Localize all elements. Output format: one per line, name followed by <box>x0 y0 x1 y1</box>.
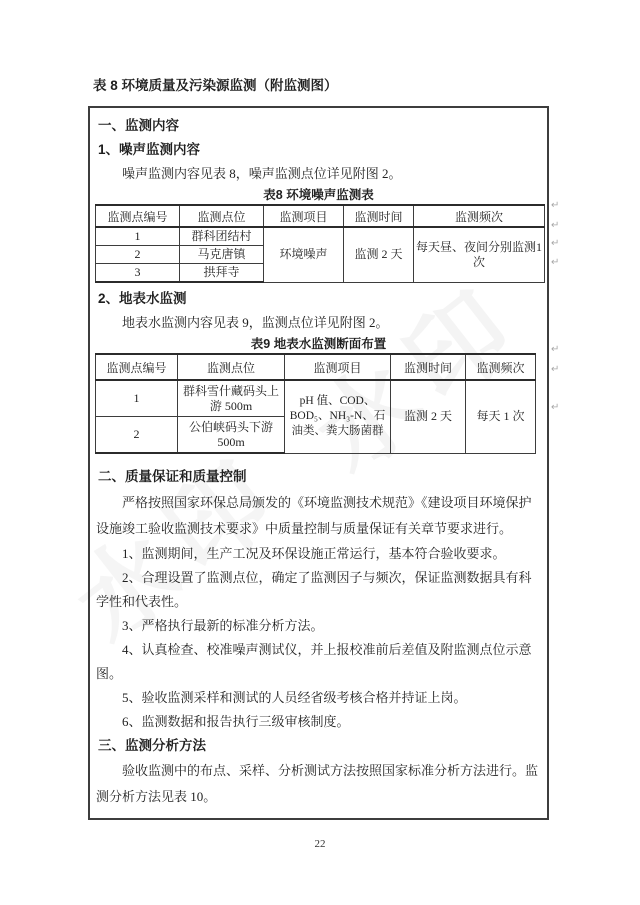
paragraph-mark-icon: ↵ <box>551 238 559 249</box>
noise-section-heading: 1、噪声监测内容 <box>94 138 543 162</box>
table-header-cell: 监测点位 <box>178 354 285 380</box>
water-table-caption: 表9 地表水监测断面布置 <box>94 335 543 353</box>
section2-item: 4、认真检查、校准噪声测试仪，并上报校准前后差值及附监测点位示意图。 <box>94 638 543 686</box>
table-header-row: 监测点编号 监测点位 监测项目 监测时间 监测频次 <box>96 354 536 380</box>
table-header-cell: 监测点编号 <box>96 354 178 380</box>
table-cell: 拱拜寺 <box>180 264 264 283</box>
section2-item: 2、合理设置了监测点位，确定了监测因子与频次，保证监测数据具有科学性和代表性。 <box>94 566 543 614</box>
paragraph-mark-icon: ↵ <box>551 344 559 355</box>
table-header-cell: 监测项目 <box>264 205 344 227</box>
table-cell: 公伯峡码头下游500m <box>178 417 285 454</box>
noise-intro-paragraph: 噪声监测内容见表 8，噪声监测点位详见附图 2。 <box>94 162 543 186</box>
table-cell-merged: 每天昼、夜间分别监测1次 <box>414 227 545 282</box>
section2-item: 3、严格执行最新的标准分析方法。 <box>94 614 543 638</box>
section2-item: 1、监测期间，生产工况及环保设施正常运行，基本符合验收要求。 <box>94 542 543 566</box>
table-cell: 1 <box>96 227 180 246</box>
table-row: 1 群科雪什藏码头上游 500m pH 值、COD、BOD₅、NH₃-N、石油类… <box>96 380 536 417</box>
noise-table-caption: 表8 环境噪声监测表 <box>94 186 543 204</box>
page-title: 表 8 环境质量及污染源监测（附监测图） <box>93 74 338 94</box>
section2-intro-paragraph: 严格按照国家环保总局颁发的《环境监测技术规范》《建设项目环境保护设施竣工验收监测… <box>94 490 543 542</box>
table-cell: 马克唐镇 <box>180 246 264 264</box>
table-cell-merged: 监测 2 天 <box>344 227 414 282</box>
section3-heading: 三、监测分析方法 <box>94 734 543 758</box>
section2-item: 6、监测数据和报告执行三级审核制度。 <box>94 710 543 734</box>
section2-item: 5、验收监测采样和测试的人员经省级考核合格并持证上岗。 <box>94 686 543 710</box>
paragraph-mark-icon: ↵ <box>551 200 559 211</box>
section2-heading: 二、质量保证和质量控制 <box>94 464 543 490</box>
table-header-cell: 监测时间 <box>344 205 414 227</box>
table-cell: 3 <box>96 264 180 283</box>
table-header-cell: 监测频次 <box>466 354 536 380</box>
table-cell: 2 <box>96 246 180 264</box>
table-header-cell: 监测时间 <box>391 354 466 380</box>
table-header-cell: 监测点编号 <box>96 205 180 227</box>
table-cell: 群科雪什藏码头上游 500m <box>178 380 285 417</box>
noise-table: 监测点编号 监测点位 监测项目 监测时间 监测频次 1 群科团结村 环境噪声 监… <box>95 204 545 283</box>
paragraph-mark-icon: ↵ <box>551 257 559 268</box>
water-intro-paragraph: 地表水监测内容见表 9，监测点位详见附图 2。 <box>94 311 543 335</box>
table-cell: 2 <box>96 417 178 454</box>
table-cell: 1 <box>96 380 178 417</box>
table-header-row: 监测点编号 监测点位 监测项目 监测时间 监测频次 <box>96 205 545 227</box>
page-number: 22 <box>0 838 640 850</box>
table-header-cell: 监测项目 <box>285 354 391 380</box>
content-border-box: 一、监测内容 1、噪声监测内容 噪声监测内容见表 8，噪声监测点位详见附图 2。… <box>88 106 549 820</box>
table-cell: 群科团结村 <box>180 227 264 246</box>
table-cell-merged: 监测 2 天 <box>391 380 466 453</box>
table-row: 1 群科团结村 环境噪声 监测 2 天 每天昼、夜间分别监测1次 <box>96 227 545 246</box>
table-header-cell: 监测点位 <box>180 205 264 227</box>
section3-intro-paragraph: 验收监测中的布点、采样、分析测试方法按照国家标准分析方法进行。监测分析方法见表 … <box>94 758 543 810</box>
section1-heading: 一、监测内容 <box>94 114 543 138</box>
table-cell-merged: 每天 1 次 <box>466 380 536 453</box>
paragraph-mark-icon: ↵ <box>551 402 559 413</box>
table-cell-merged: 环境噪声 <box>264 227 344 282</box>
water-table: 监测点编号 监测点位 监测项目 监测时间 监测频次 1 群科雪什藏码头上游 50… <box>95 353 536 454</box>
paragraph-mark-icon: ↵ <box>551 364 559 375</box>
table-header-cell: 监测频次 <box>414 205 545 227</box>
water-section-heading: 2、地表水监测 <box>94 287 543 311</box>
paragraph-mark-icon: ↵ <box>551 220 559 231</box>
table-cell-merged: pH 值、COD、BOD₅、NH₃-N、石油类、粪大肠菌群 <box>285 380 391 453</box>
